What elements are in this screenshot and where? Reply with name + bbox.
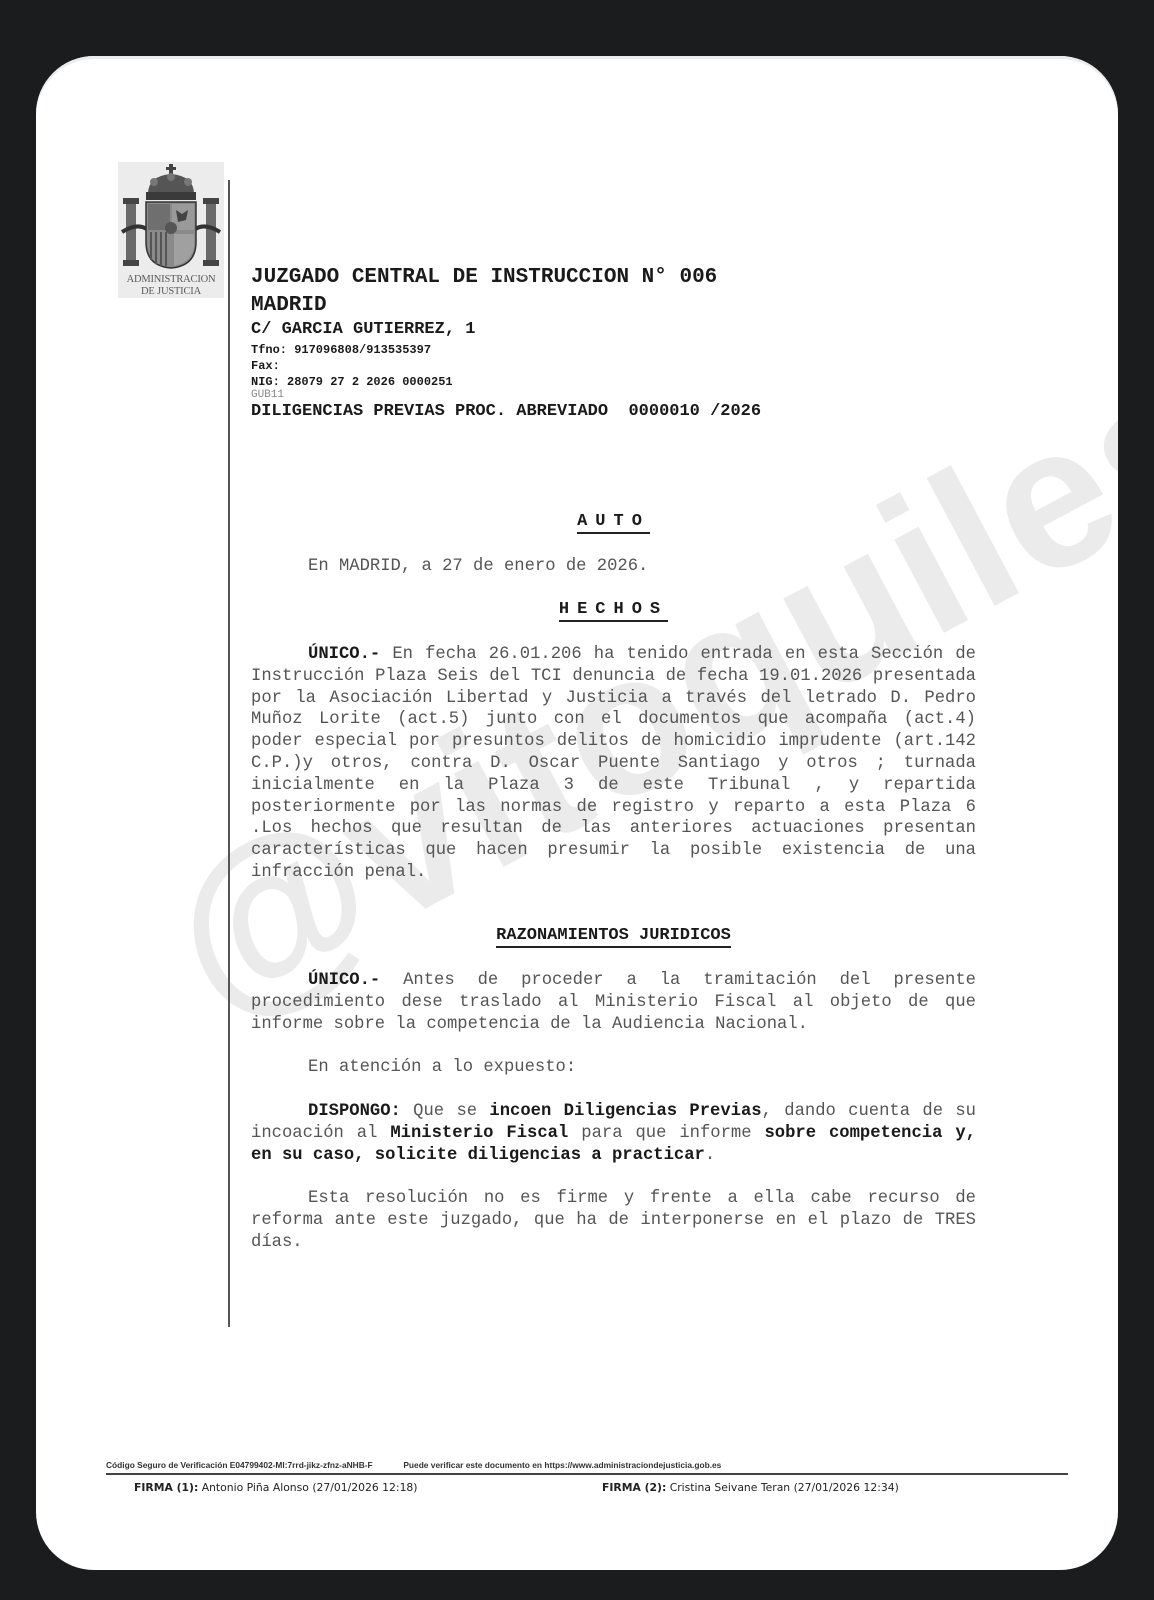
razonamientos-title: RAZONAMIENTOS JURIDICOS — [251, 926, 976, 945]
dispongo-paragraph: DISPONGO: Que se incoen Diligencias Prev… — [251, 1101, 976, 1166]
auto-title: AUTO — [251, 512, 976, 531]
signature-1: FIRMA (1): Antonio Piña Alonso (27/01/20… — [134, 1481, 418, 1494]
logo-text-line1: ADMINISTRACION — [118, 274, 224, 286]
nig-number: NIG: 28079 27 2 2026 0000251 — [251, 375, 453, 389]
court-phone: Tfno: 917096808/913535397 — [251, 343, 431, 357]
court-address: C/ GARCIA GUTIERREZ, 1 — [251, 320, 475, 339]
court-fax: Fax: — [251, 359, 280, 373]
verification-code: Código Seguro de Verificación E04799402-… — [106, 1460, 721, 1470]
internal-code: GUB11 — [251, 389, 284, 401]
procedure-reference: DILIGENCIAS PREVIAS PROC. ABREVIADO 0000… — [251, 402, 761, 421]
court-city: MADRID — [251, 294, 327, 317]
hechos-title: HECHOS — [251, 600, 976, 619]
razonamientos-paragraph: ÚNICO.- Antes de proceder a la tramitaci… — [251, 970, 976, 1035]
coat-of-arms-icon — [118, 162, 224, 272]
logo-text-line2: DE JUSTICIA — [118, 286, 224, 298]
hechos-paragraph: ÚNICO.- En fecha 26.01.206 ha tenido ent… — [251, 644, 976, 884]
footer-divider — [106, 1473, 1068, 1475]
verify-link[interactable]: Puede verificar este documento en https:… — [403, 1460, 721, 1470]
atencion-line: En atención a lo expuesto: — [251, 1057, 976, 1079]
place-date: En MADRID, a 27 de enero de 2026. — [251, 556, 976, 578]
court-name: JUZGADO CENTRAL DE INSTRUCCION N° 006 — [251, 266, 717, 289]
document-page: @vitoquiles — [36, 56, 1118, 1570]
recurso-paragraph: Esta resolución no es firme y frente a e… — [251, 1188, 976, 1253]
signature-2: FIRMA (2): Cristina Seivane Teran (27/01… — [602, 1481, 899, 1494]
margin-rule — [228, 180, 230, 1327]
coat-of-arms-logo: ADMINISTRACION DE JUSTICIA — [118, 162, 224, 298]
